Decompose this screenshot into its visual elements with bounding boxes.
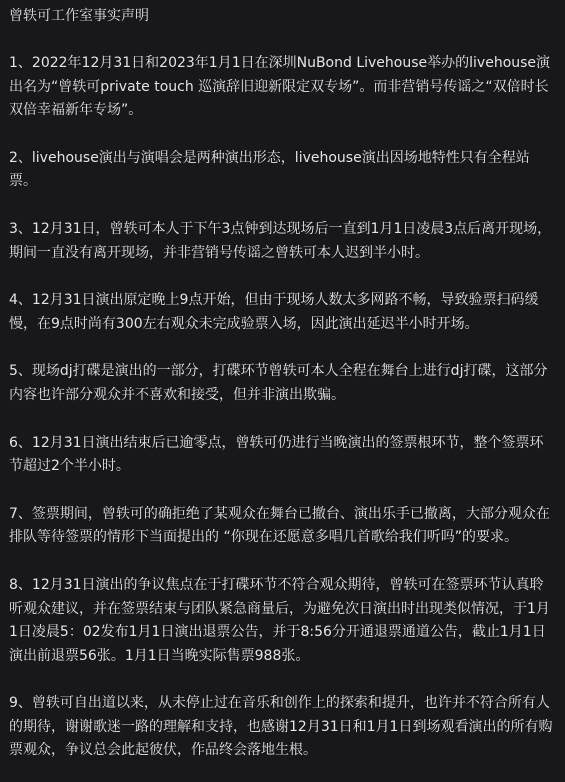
paragraph-1: 1、2022年12月31日和2023年1月1日在深圳NuBond Livehou… — [9, 52, 557, 123]
paragraph-8: 8、12月31日演出的争议焦点在于打碟环节不符合观众期待，曾轶可在签票环节认真聆… — [9, 574, 557, 668]
paragraph-7: 7、签票期间，曾轶可的确拒绝了某观众在舞台已撤台、演出乐手已撤离，大部分观众在排… — [9, 503, 557, 550]
paragraph-2: 2、livehouse演出与演唱会是两种演出形态，livehouse演出因场地特… — [9, 147, 557, 194]
paragraph-3: 3、12月31日，曾轶可本人于下午3点钟到达现场后一直到1月1日凌晨3点后离开现… — [9, 218, 557, 265]
paragraph-5: 5、现场dj打碟是演出的一部分，打碟环节曾轶可本人全程在舞台上进行dj打碟，这部… — [9, 360, 557, 407]
paragraph-4: 4、12月31日演出原定晚上9点开始，但由于现场人数太多网路不畅，导致验票扫码缓… — [9, 289, 557, 336]
paragraph-9: 9、曾轶可自出道以来，从未停止过在音乐和创作上的探索和提升，也许并不符合所有人的… — [9, 692, 557, 763]
document-title: 曾轶可工作室事实声明 — [9, 4, 557, 28]
paragraph-6: 6、12月31日演出结束后已逾零点，曾轶可仍进行当晚演出的签票根环节，整个签票环… — [9, 432, 557, 479]
statement-document: 曾轶可工作室事实声明 1、2022年12月31日和2023年1月1日在深圳NuB… — [0, 0, 565, 763]
